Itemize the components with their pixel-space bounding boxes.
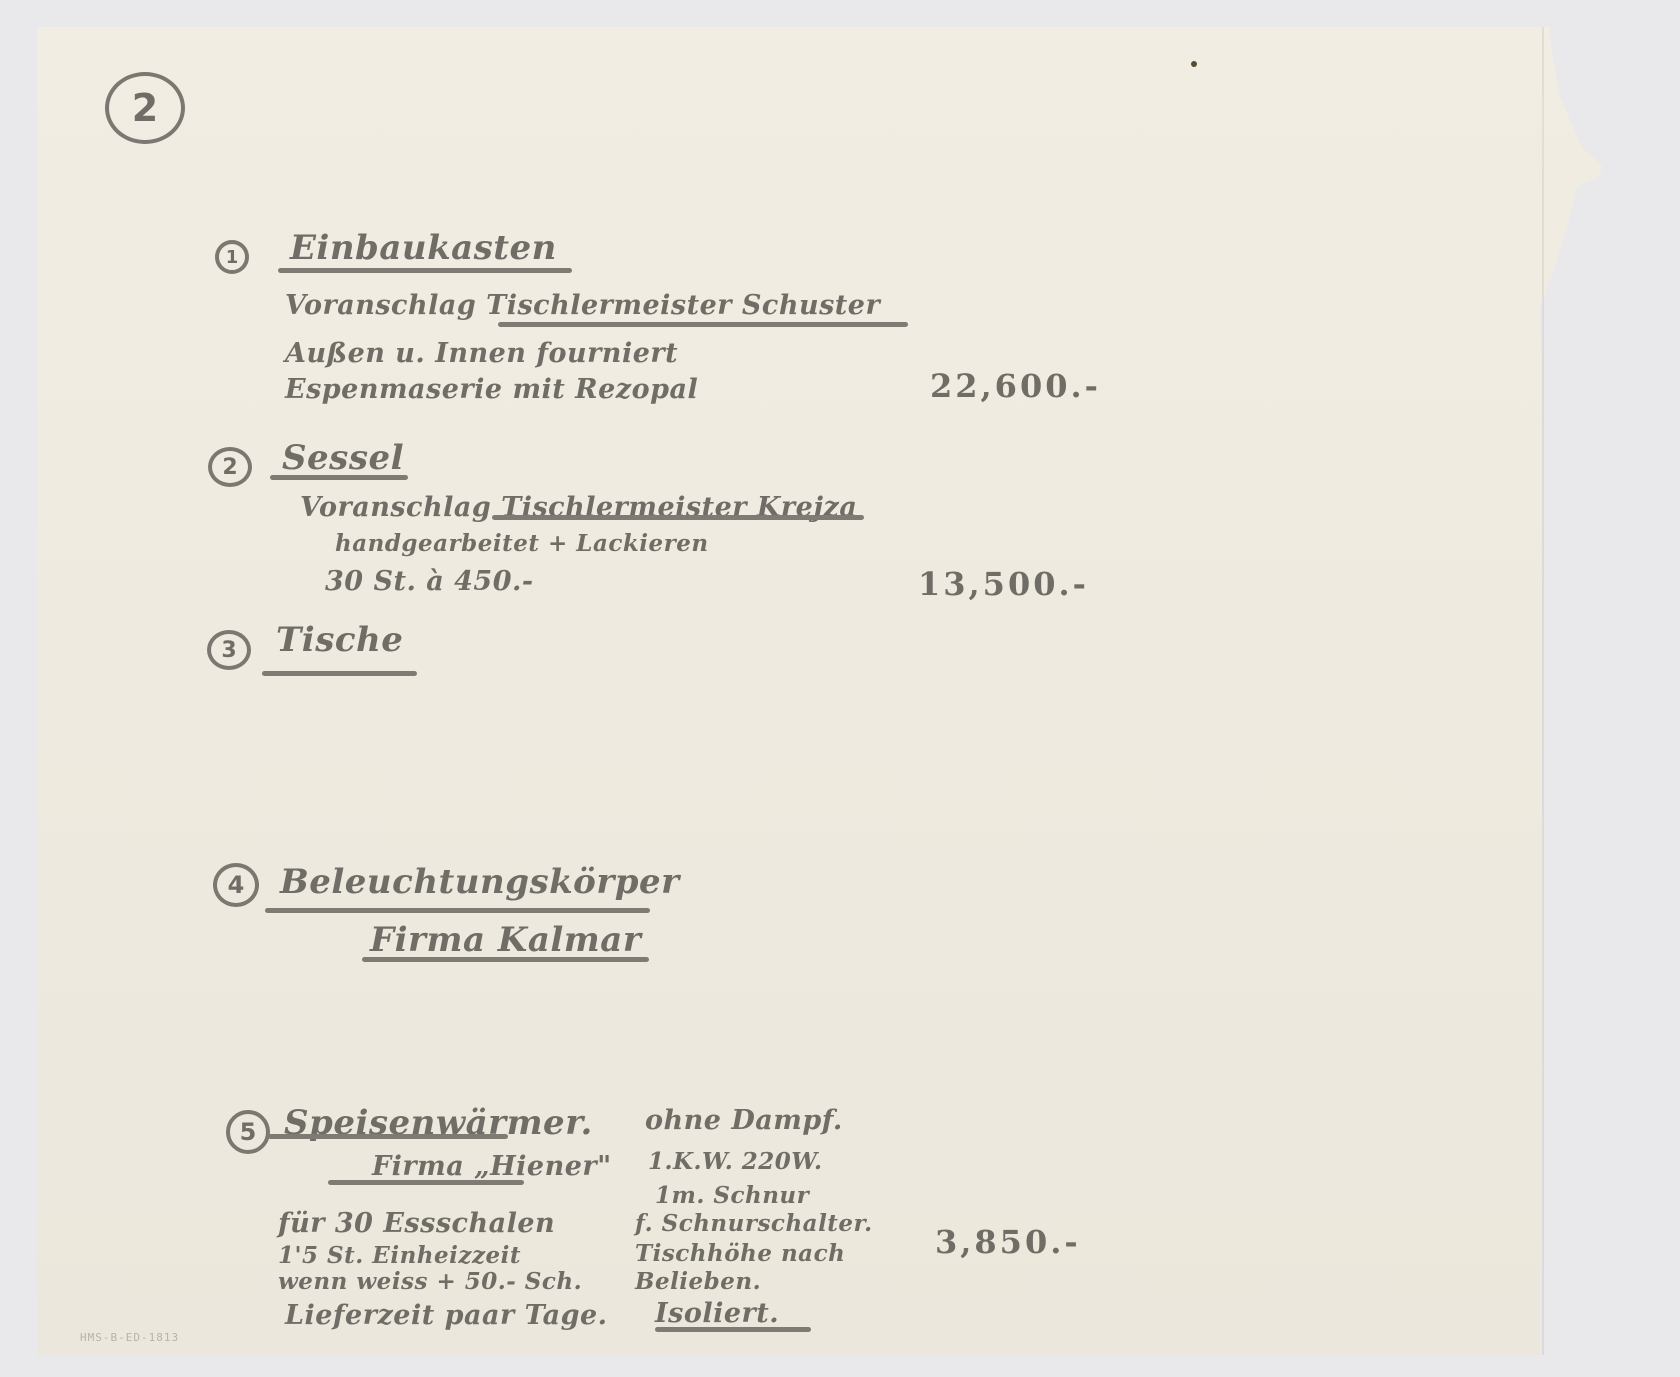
item-1-supplier: Voranschlag Tischlermeister Schuster — [285, 290, 880, 321]
item-2-detail-1: handgearbeitet + Lackieren — [335, 530, 709, 557]
item-3-title-underline — [262, 671, 417, 676]
item-4-title-underline — [265, 908, 650, 913]
item-1-supplier-underline — [498, 322, 908, 327]
item-5-left-detail-4: Lieferzeit paar Tage. — [285, 1300, 608, 1331]
item-5-supplier: Firma „Hiener" — [372, 1151, 612, 1182]
item-5-title-underline — [268, 1134, 508, 1139]
item-4-supplier: Firma Kalmar — [370, 920, 641, 960]
item-5-right-detail-4: f. Schnurschalter. — [635, 1210, 873, 1237]
item-5-left-detail-2: 1'5 St. Einheizzeit — [278, 1242, 521, 1269]
item-5-left-detail-3: wenn weiss + 50.- Sch. — [278, 1268, 582, 1295]
accession-stamp: HMS-B-ED-1813 — [80, 1331, 179, 1344]
item-3-title: Tische — [276, 620, 403, 660]
item-4-supplier-underline — [362, 957, 649, 962]
page-number: 2 — [132, 86, 158, 130]
item-5-left-detail-1: für 30 Essschalen — [278, 1208, 555, 1239]
item-2-title: Sessel — [282, 438, 404, 478]
ink-spot — [1191, 61, 1197, 67]
item-5-note: Isoliert. — [655, 1298, 779, 1329]
item-5-right-detail-6: Belieben. — [635, 1268, 761, 1295]
page-number-circle: 2 — [105, 72, 185, 144]
item-1-title-underline — [278, 268, 572, 273]
item-5-amount: 3,850.- — [935, 1223, 1081, 1261]
item-5-right-detail-1: ohne Dampf. — [645, 1105, 843, 1136]
item-1-detail-2: Espenmaserie mit Rezopal — [285, 374, 698, 405]
item-1-amount: 22,600.- — [930, 367, 1101, 405]
item-5-number: 5 — [226, 1110, 270, 1154]
item-2-supplier-underline — [492, 515, 864, 520]
paper-fold — [1542, 27, 1544, 1355]
item-3-number: 3 — [207, 630, 251, 670]
item-2-title-underline — [270, 475, 408, 480]
item-5-supplier-underline — [328, 1180, 524, 1185]
item-2-number: 2 — [208, 447, 252, 487]
item-4-title: Beleuchtungskörper — [280, 862, 680, 902]
item-5-right-detail-3: 1m. Schnur — [655, 1182, 809, 1209]
paper-sheet — [37, 27, 1657, 1355]
item-1-title: Einbaukasten — [290, 228, 557, 268]
item-5-note-underline — [655, 1327, 811, 1332]
item-5-right-detail-5: Tischhöhe nach — [635, 1240, 845, 1267]
item-5-right-detail-2: 1.K.W. 220W. — [648, 1148, 823, 1175]
item-1-detail-1: Außen u. Innen fourniert — [285, 338, 678, 369]
item-2-detail-2: 30 St. à 450.- — [325, 566, 534, 597]
item-1-number: 1 — [215, 240, 249, 274]
item-4-number: 4 — [213, 863, 259, 907]
item-2-amount: 13,500.- — [918, 565, 1089, 603]
